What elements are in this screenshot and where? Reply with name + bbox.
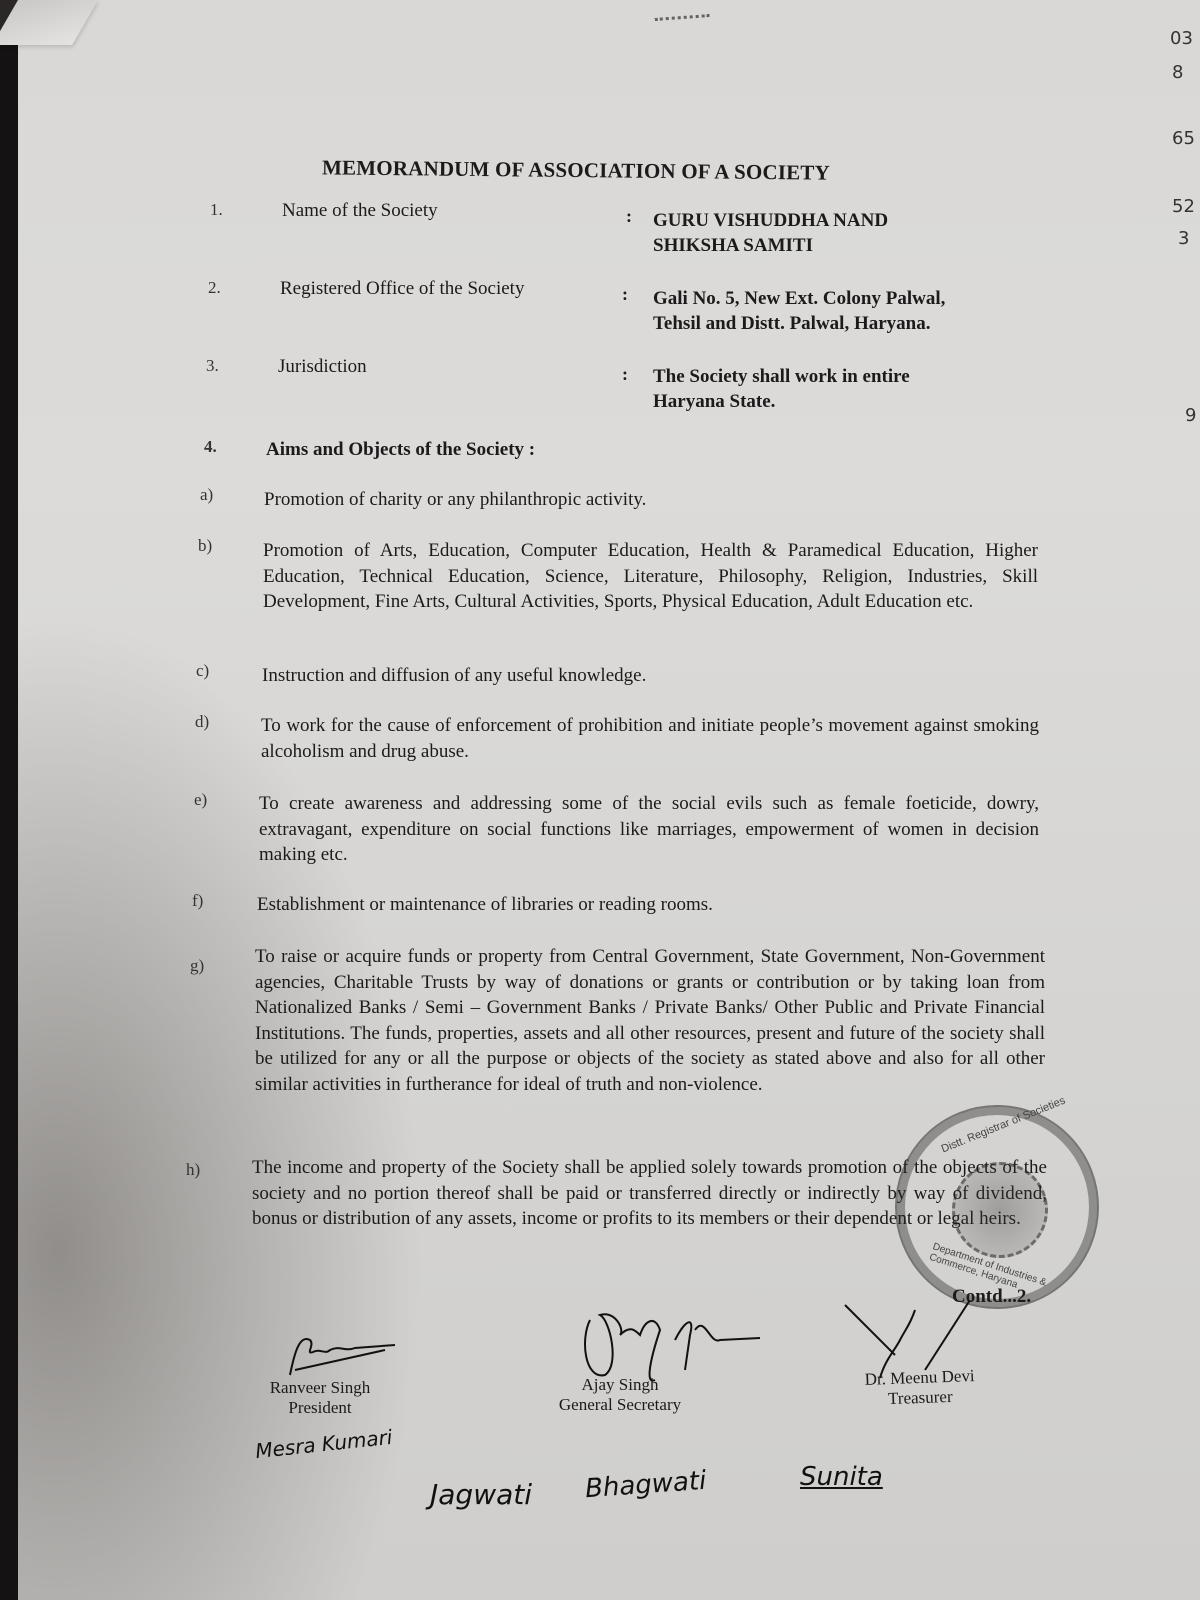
item-marker: b) (198, 536, 212, 556)
handwritten-name: Jagwati (430, 1478, 532, 1511)
margin-note: 3 (1178, 228, 1189, 249)
signatory-role: President (255, 1398, 385, 1418)
margin-note: 52 (1172, 196, 1195, 217)
aim-item: Promotion of charity or any philanthropi… (264, 487, 1044, 513)
signatory-treasurer: Dr. Meenu Devi Treasurer (849, 1366, 990, 1411)
aim-item: To raise or acquire funds or property fr… (255, 944, 1045, 1097)
field-value: The Society shall work in entire Haryana… (653, 364, 910, 414)
signatory-name: Ajay Singh (540, 1375, 700, 1395)
field-number: 3. (206, 356, 219, 376)
page-edge-shadow (0, 40, 18, 1600)
field-label: Jurisdiction (278, 356, 367, 378)
field-label: Registered Office of the Society (280, 278, 524, 300)
field-separator: : (622, 284, 628, 305)
signature-president (285, 1330, 405, 1380)
item-marker: g) (190, 956, 204, 976)
field-separator: : (626, 206, 632, 227)
item-marker: f) (192, 891, 203, 911)
field-value: GURU VISHUDDHA NAND SHIKSHA SAMITI (653, 208, 888, 258)
signatory-role: General Secretary (540, 1395, 700, 1415)
field-label: Name of the Society (282, 200, 438, 222)
margin-note: 03 (1170, 28, 1193, 49)
aim-item: To create awareness and addressing some … (259, 791, 1039, 868)
aim-item: Promotion of Arts, Education, Computer E… (263, 538, 1038, 615)
item-marker: c) (196, 661, 209, 681)
field-number: 2. (208, 278, 221, 298)
aim-item: Instruction and diffusion of any useful … (262, 663, 1037, 689)
section-number: 4. (204, 437, 217, 457)
document-title: MEMORANDUM OF ASSOCIATION OF A SOCIETY (322, 155, 830, 185)
signatory-name: Ranveer Singh (255, 1378, 385, 1398)
item-marker: e) (194, 790, 207, 810)
registrar-stamp: Distt. Registrar of Societies Department… (895, 1105, 1099, 1309)
emblem-seal-icon (952, 1162, 1048, 1258)
field-value: Gali No. 5, New Ext. Colony Palwal, Tehs… (653, 286, 945, 336)
handwritten-name: Sunita (800, 1462, 883, 1492)
item-marker: d) (195, 712, 209, 732)
aim-item: Establishment or maintenance of librarie… (257, 892, 1037, 918)
signatory-president: Ranveer Singh President (255, 1378, 385, 1418)
margin-note: 9 (1185, 405, 1196, 426)
aim-item: To work for the cause of enforcement of … (261, 713, 1039, 764)
field-number: 1. (210, 200, 223, 220)
margin-note: 8 (1172, 62, 1183, 83)
field-separator: : (622, 364, 628, 385)
signatory-general-secretary: Ajay Singh General Secretary (540, 1375, 700, 1415)
item-marker: a) (200, 485, 213, 505)
section-heading: Aims and Objects of the Society : (266, 439, 535, 461)
item-marker: h) (186, 1160, 200, 1180)
margin-note: 65 (1172, 128, 1195, 149)
